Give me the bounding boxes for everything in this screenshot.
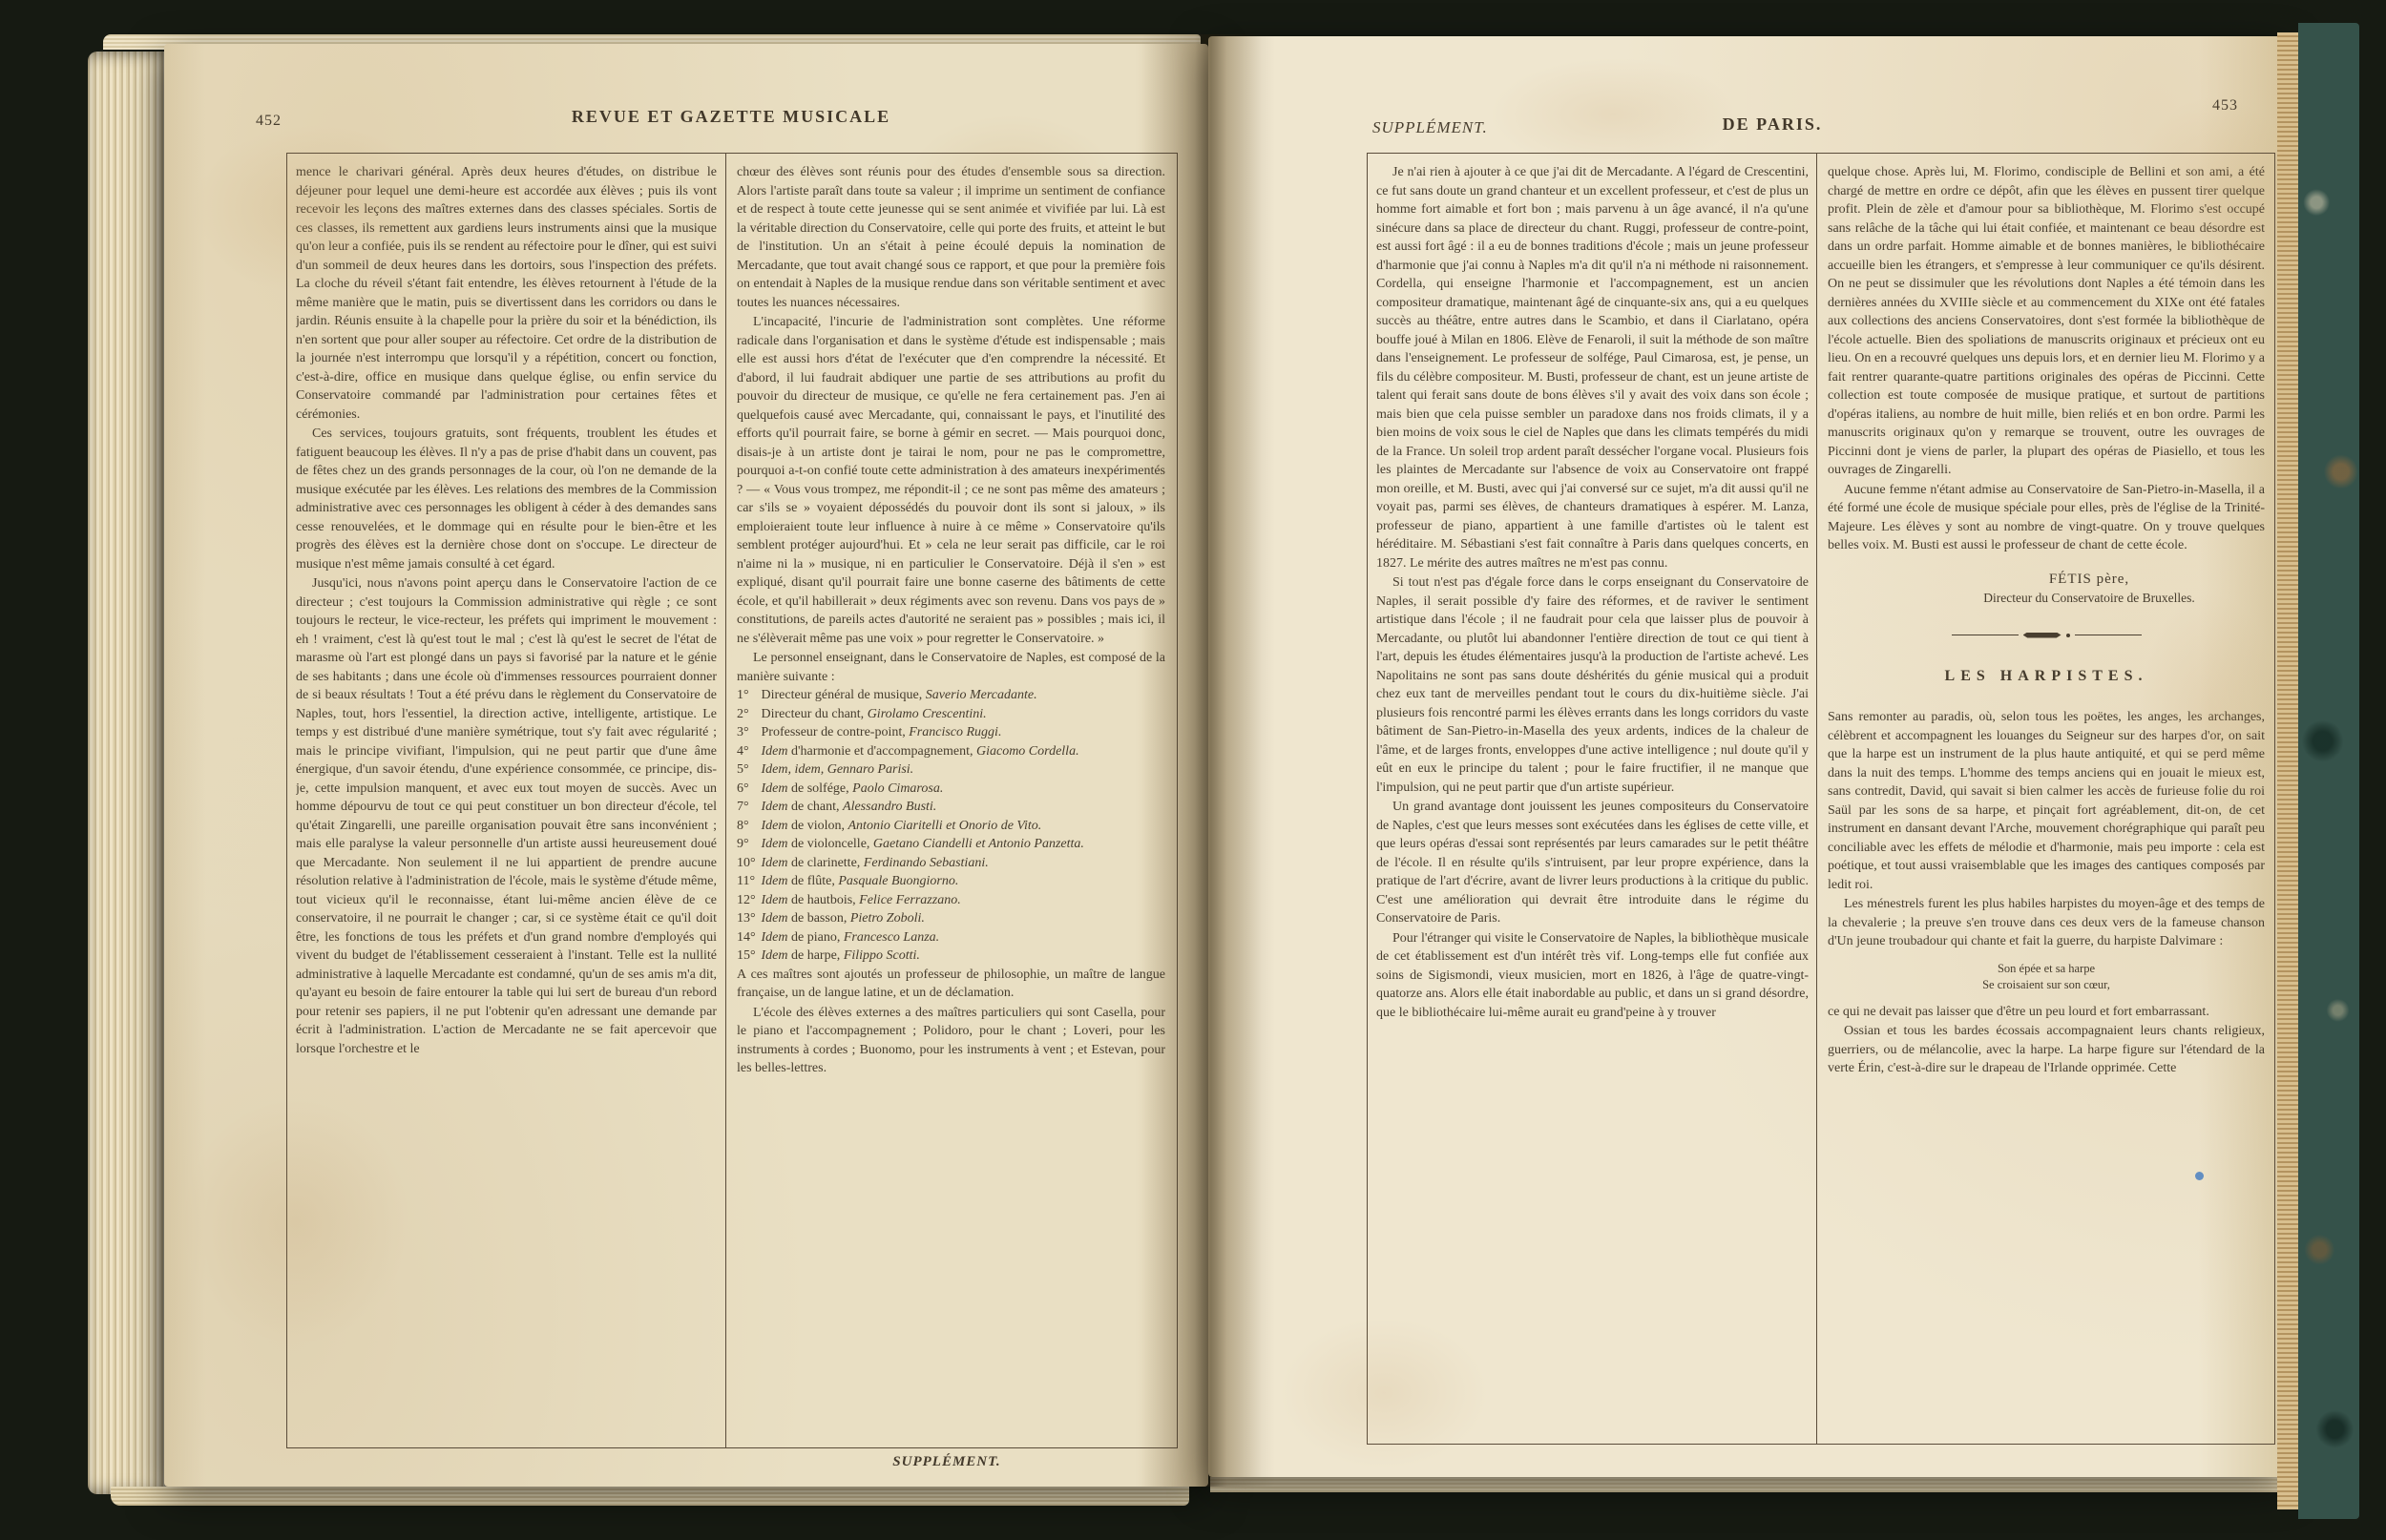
paragraph: A ces maîtres sont ajoutés un professeur…	[737, 966, 1165, 1003]
faculty-list: 1° Directeur général de musique, Saverio…	[737, 686, 1165, 966]
text-frame-left: mence le charivari général. Après deux h…	[286, 153, 1178, 1448]
verse-line: Son épée et sa harpe	[1828, 961, 2265, 977]
paragraph: chœur des élèves sont réunis pour des ét…	[737, 163, 1165, 312]
paragraph: mence le charivari général. Après deux h…	[296, 163, 717, 424]
divider-line	[1952, 635, 2019, 635]
verse-line: Se croisaient sur son cœur,	[1828, 977, 2265, 993]
paragraph: Pour l'étranger qui visite le Conservato…	[1376, 929, 1809, 1023]
page-stack-bottom-edge	[111, 1487, 1189, 1506]
paragraph: Aucune femme n'étant admise au Conservat…	[1828, 481, 2265, 555]
divider-lens-shape	[2023, 633, 2062, 638]
column-rule-right-page	[1816, 154, 1817, 1444]
section-title-les-harpistes: LES HARPISTES.	[1828, 667, 2265, 686]
faculty-list-item: 13° Idem de basson, Pietro Zoboli.	[737, 909, 1165, 928]
paragraph: Je n'ai rien à ajouter à ce que j'ai dit…	[1376, 163, 1809, 572]
catchword: SUPPLÉMENT.	[870, 1454, 1023, 1470]
paragraph: Un grand avantage dont jouissent les jeu…	[1376, 798, 1809, 928]
faculty-list-item: 11° Idem de flûte, Pasquale Buongiorno.	[737, 872, 1165, 891]
left-page-column-2: chœur des élèves sont réunis pour des ét…	[737, 163, 1165, 1438]
right-page: SUPPLÉMENT. DE PARIS. 453 Je n'ai rien à…	[1208, 36, 2285, 1477]
paragraph: ce qui ne devait pas laisser que d'être …	[1828, 1003, 2265, 1022]
page-number-left: 452	[256, 113, 282, 130]
paragraph: Ces services, toujours gratuits, sont fr…	[296, 425, 717, 573]
faculty-list-item: 9° Idem de violoncelle, Gaetano Ciandell…	[737, 835, 1165, 854]
paragraph: quelque chose. Après lui, M. Florimo, co…	[1828, 163, 2265, 480]
marbled-cover-right	[2298, 23, 2359, 1519]
page-number-right: 453	[2212, 97, 2238, 114]
right-page-column-1: Je n'ai rien à ajouter à ce que j'ai dit…	[1376, 163, 1809, 1434]
de-paris-running-head: DE PARIS.	[1367, 114, 2178, 135]
left-page: 452 REVUE ET GAZETTE MUSICALE mence le c…	[164, 44, 1208, 1487]
paragraph: L'incapacité, l'incurie de l'administrat…	[737, 313, 1165, 648]
section-divider-ornament	[1828, 633, 2265, 638]
right-page-column-2: quelque chose. Après lui, M. Florimo, co…	[1828, 163, 2265, 1434]
verse-quote: Son épée et sa harpe Se croisaient sur s…	[1828, 961, 2265, 993]
book-fore-edge-left	[88, 52, 168, 1494]
divider-line	[2075, 635, 2142, 635]
faculty-list-item: 5° Idem, idem, Gennaro Parisi.	[737, 760, 1165, 780]
faculty-list-item: 10° Idem de clarinette, Ferdinando Sebas…	[737, 854, 1165, 873]
paragraph: Ossian et tous les bardes écossais accom…	[1828, 1022, 2265, 1078]
journal-title: REVUE ET GAZETTE MUSICALE	[286, 107, 1176, 127]
faculty-list-item: 8° Idem de violon, Antonio Ciaritelli et…	[737, 817, 1165, 836]
paragraph: L'école des élèves externes a des maître…	[737, 1004, 1165, 1078]
ink-mark	[2195, 1172, 2204, 1180]
paragraph: Si tout n'est pas d'égale force dans le …	[1376, 573, 1809, 797]
signature-title: Directeur du Conservatoire de Bruxelles.	[1914, 589, 2265, 608]
faculty-list-item: 3° Professeur de contre-point, Francisco…	[737, 723, 1165, 742]
faculty-list-item: 1° Directeur général de musique, Saverio…	[737, 686, 1165, 705]
left-page-column-1: mence le charivari général. Après deux h…	[296, 163, 717, 1438]
page-stack-bottom-edge-right	[1210, 1477, 2279, 1492]
faculty-list-item: 7° Idem de chant, Alessandro Busti.	[737, 798, 1165, 817]
paragraph: Jusqu'ici, nous n'avons point aperçu dan…	[296, 574, 717, 1058]
divider-dot	[2066, 634, 2070, 637]
column-rule-left-page	[725, 154, 726, 1447]
author-signature: FÉTIS père, Directeur du Conservatoire d…	[1828, 571, 2265, 608]
faculty-list-item: 12° Idem de hautbois, Felice Ferrazzano.	[737, 891, 1165, 910]
signature-name: FÉTIS père,	[1914, 571, 2265, 590]
faculty-list-item: 2° Directeur du chant, Girolamo Crescent…	[737, 705, 1165, 724]
faculty-list-item: 4° Idem d'harmonie et d'accompagnement, …	[737, 742, 1165, 761]
faculty-list-item: 15° Idem de harpe, Filippo Scotti.	[737, 947, 1165, 966]
book-gilt-page-edges	[2277, 32, 2300, 1509]
paragraph: Sans remonter au paradis, où, selon tous…	[1828, 708, 2265, 894]
faculty-list-item: 6° Idem de solfége, Paolo Cimarosa.	[737, 780, 1165, 799]
paragraph: Les ménestrels furent les plus habiles h…	[1828, 895, 2265, 951]
text-frame-right: Je n'ai rien à ajouter à ce que j'ai dit…	[1367, 153, 2275, 1445]
faculty-list-item: 14° Idem de piano, Francesco Lanza.	[737, 928, 1165, 947]
book-scan: 452 REVUE ET GAZETTE MUSICALE mence le c…	[0, 0, 2386, 1540]
paragraph: Le personnel enseignant, dans le Conserv…	[737, 649, 1165, 686]
